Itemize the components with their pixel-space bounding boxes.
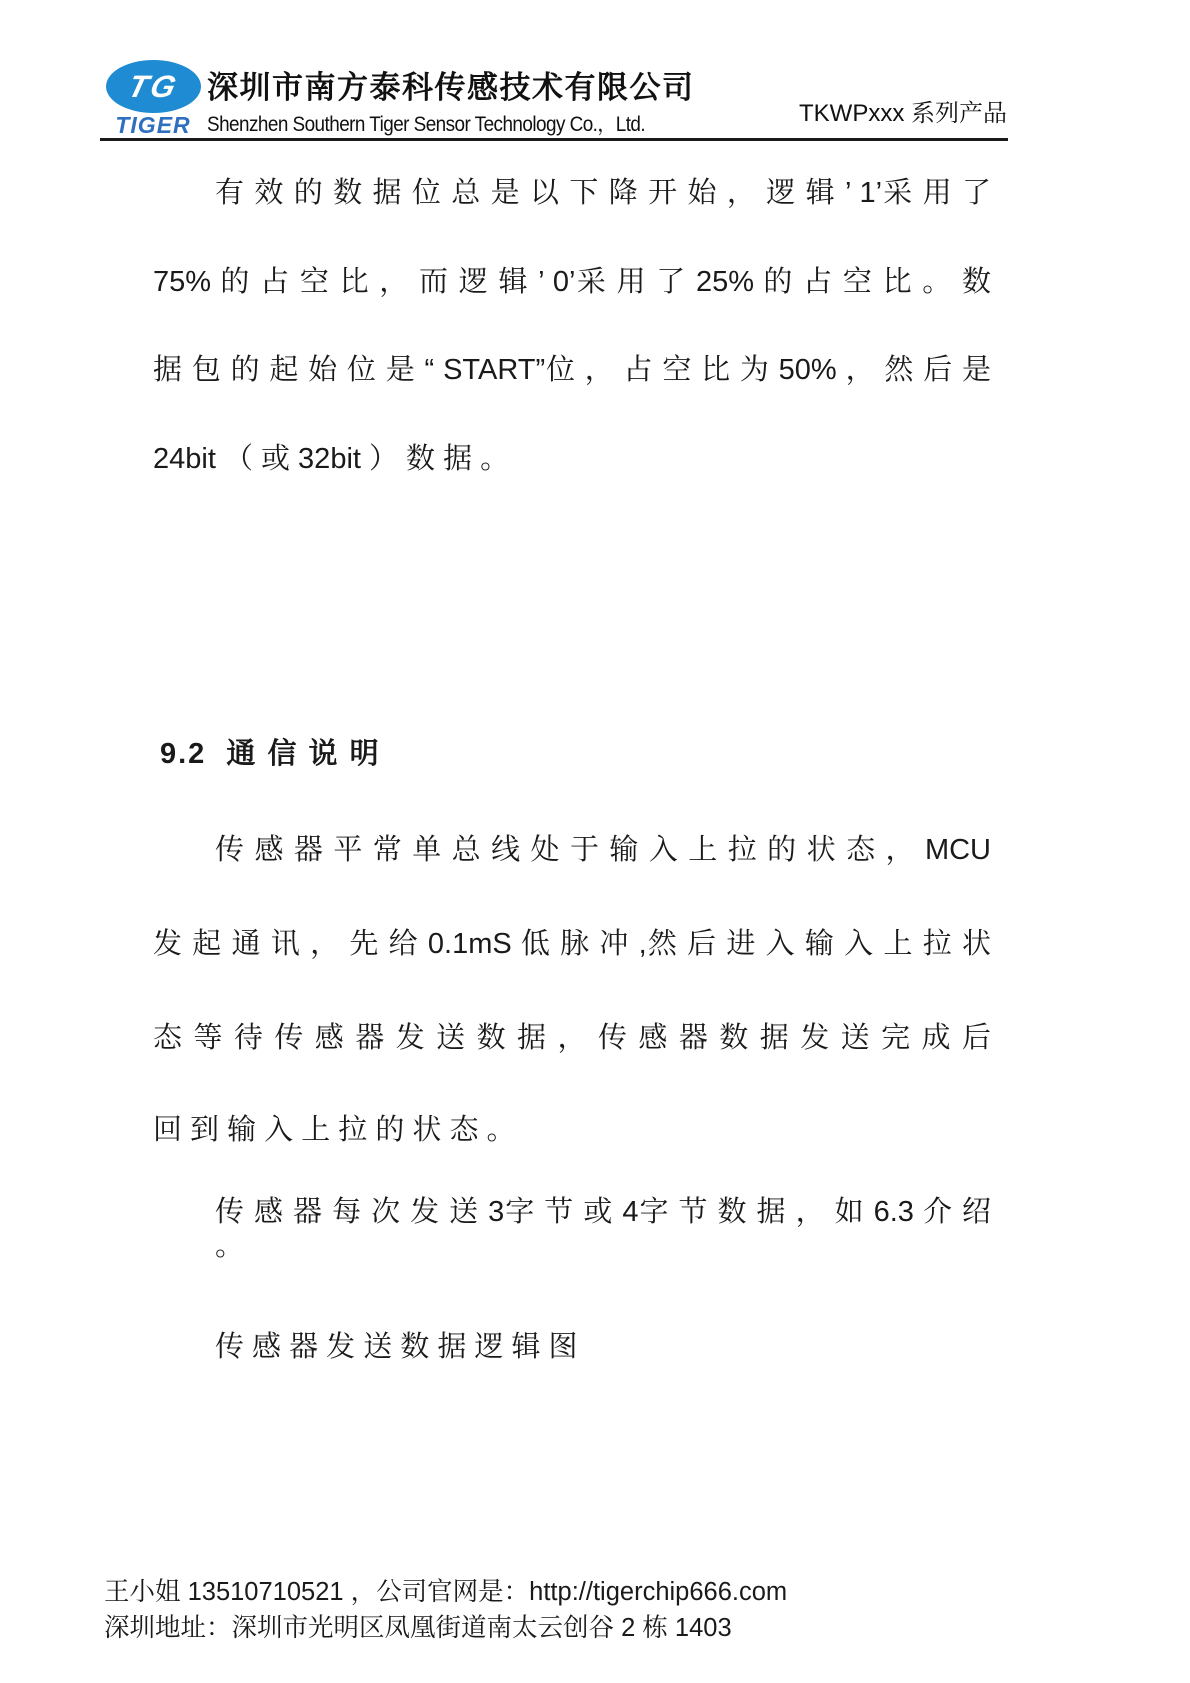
- paragraph1-line4: 24bit （ 或 32bit ） 数 据 。: [153, 442, 991, 476]
- section-heading-9-2: 9.2 通 信 说 明: [160, 737, 381, 771]
- paragraph1-line2: 75% 的 占 空 比 ， 而 逻 辑 ’ 0’采 用 了 25% 的 占 空 …: [153, 265, 991, 299]
- paragraph4-line1: 传 感 器 发 送 数 据 逻 辑 图: [215, 1330, 578, 1364]
- footer-address-line: 深圳地址：深圳市光明区凤凰街道南太云创谷 2 栋 1403: [104, 1608, 732, 1644]
- footer-contact-line: 王小姐 13510710521 ，公司官网是：http://tigerchip6…: [104, 1572, 787, 1608]
- product-series-label: TKWPxxx 系列产品: [799, 93, 1007, 128]
- header-divider: [100, 138, 1008, 141]
- paragraph1-line1: 有 效 的 数 据 位 总 是 以 下 降 开 始 ， 逻 辑 ’ 1’采 用 …: [215, 176, 991, 210]
- paragraph2-line1: 传 感 器 平 常 单 总 线 处 于 输 入 上 拉 的 状 态 ， MCU: [215, 833, 991, 867]
- document-page: TG TIGER 深圳市南方泰科传感技术有限公司 Shenzhen Southe…: [0, 0, 1190, 1683]
- paragraph2-line2: 发 起 通 讯 ， 先 给 0.1mS 低 脉 冲 ,然 后 进 入 输 入 上…: [153, 927, 991, 961]
- paragraph1-line3: 据 包 的 起 始 位 是 “ START”位 ， 占 空 比 为 50% ， …: [153, 353, 991, 387]
- tiger-logo-monogram: TG: [125, 71, 182, 102]
- company-name-cn: 深圳市南方泰科传感技术有限公司: [207, 62, 695, 107]
- company-name-en: Shenzhen Southern Tiger Sensor Technolog…: [207, 108, 645, 138]
- tiger-logo-icon: TG: [106, 60, 201, 113]
- tiger-logo-wordmark: TIGER: [99, 112, 207, 139]
- paragraph3-line1: 传 感 器 每 次 发 送 3字 节 或 4字 节 数 据 ， 如 6.3 介 …: [215, 1195, 991, 1263]
- paragraph2-line3: 态 等 待 传 感 器 发 送 数 据 ， 传 感 器 数 据 发 送 完 成 …: [153, 1021, 991, 1055]
- paragraph2-line4: 回 到 输 入 上 拉 的 状 态 。: [153, 1113, 991, 1147]
